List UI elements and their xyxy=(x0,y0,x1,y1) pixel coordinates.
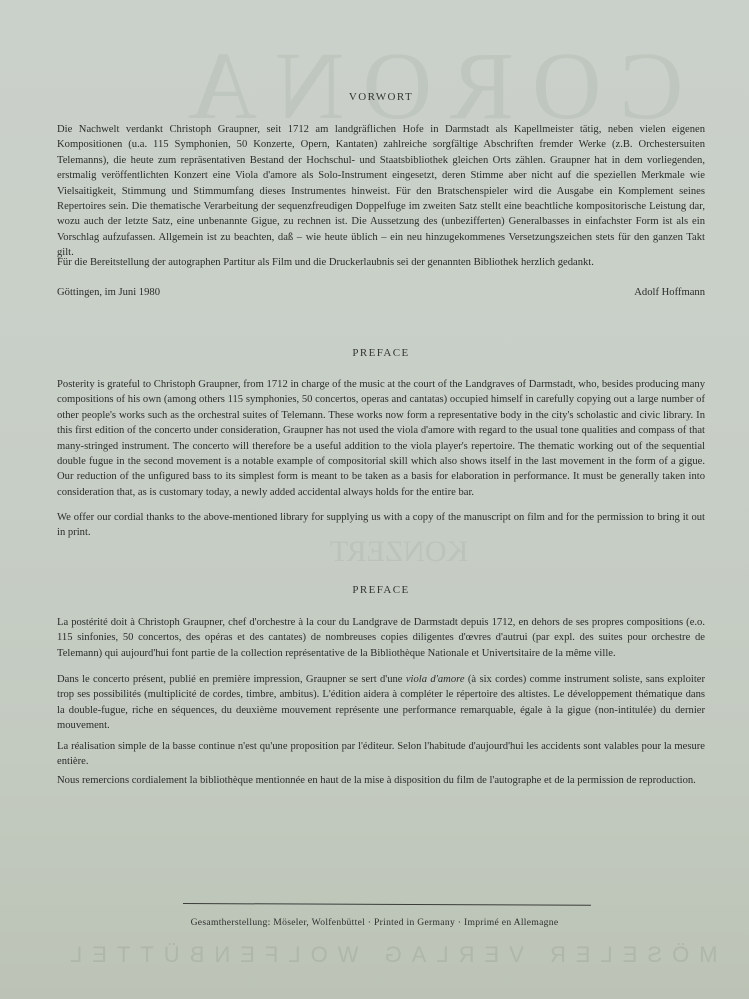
imprint-line: Gesamtherstellung: Möseler, Wolfenbüttel… xyxy=(0,917,749,928)
preface-fr-paragraph-4: Nous remercions cordialement la biblioth… xyxy=(57,773,705,788)
preface-fr-paragraph-3: La réalisation simple de la basse contin… xyxy=(57,739,705,770)
preface-fr-paragraph-2: Dans le concerto présent, publié en prem… xyxy=(57,672,705,734)
preface-fr-heading: PREFACE xyxy=(57,584,705,596)
vorwort-paragraph-2: Für die Bereitstellung der autographen P… xyxy=(57,255,705,270)
vorwort-signature: Göttingen, im Juni 1980 Adolf Hoffmann xyxy=(57,287,705,298)
vorwort-heading: VORWORT xyxy=(57,91,705,103)
preface-en-paragraph-1: Posterity is grateful to Christoph Graup… xyxy=(57,377,705,500)
place-date: Göttingen, im Juni 1980 xyxy=(57,287,160,298)
bleed-through-publisher: MÖSELER VERLAG WOLFENBÜTTEL xyxy=(60,942,718,968)
viola-damore-italic: viola d'amore xyxy=(406,674,465,685)
preface-en-paragraph-2: We offer our cordial thanks to the above… xyxy=(57,510,705,541)
vorwort-paragraph-1: Die Nachwelt verdankt Christoph Graupner… xyxy=(57,122,705,261)
preface-fr-p2-start: Dans le concerto présent, publié en prem… xyxy=(57,674,406,685)
preface-en-heading: PREFACE xyxy=(57,347,705,359)
author-name: Adolf Hoffmann xyxy=(634,287,705,298)
footer-divider xyxy=(183,903,591,906)
preface-fr-paragraph-1: La postérité doit à Christoph Graupner, … xyxy=(57,615,705,661)
